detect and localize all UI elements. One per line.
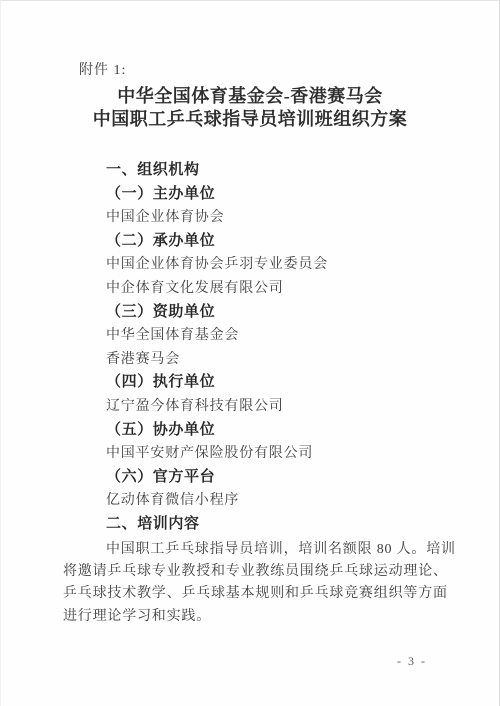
paragraph-line: 乒乓球技术教学、乒乓球基本规则和乒乓球竞赛组织等方面 [63, 583, 437, 605]
org-name-line: 中企体育文化发展有限公司 [106, 277, 437, 301]
subsection-heading-host: （一）主办单位 [106, 183, 437, 207]
subsection-heading-organizer: （二）承办单位 [106, 230, 437, 254]
section-heading-1: 一、组织机构 [106, 159, 437, 183]
subsection-heading-sponsor: （三）资助单位 [106, 301, 437, 325]
document-page: 附件 1: 中华全国体育基金会-香港赛马会 中国职工乒乓球指导员培训班组织方案 … [0, 0, 500, 706]
document-content: 附件 1: 中华全国体育基金会-香港赛马会 中国职工乒乓球指导员培训班组织方案 … [1, 1, 499, 706]
subsection-heading-executor: （四）执行单位 [106, 371, 437, 395]
paragraph-line: 中国职工乒乓球指导员培训，培训名额限 80 人。培训 [63, 539, 437, 561]
org-name-line: 辽宁盈今体育科技有限公司 [106, 395, 437, 419]
document-title-line-2: 中国职工乒乓球指导员培训班组织方案 [63, 108, 437, 131]
paragraph-line: 进行理论学习和实践。 [63, 606, 437, 628]
subsection-heading-co-organizer: （五）协办单位 [106, 419, 437, 443]
page-number: - 3 - [397, 654, 427, 669]
subsection-heading-platform: （六）官方平台 [106, 466, 437, 490]
paragraph-line: 将邀请乒乓球专业教授和专业教练员围绕乒乓球运动理论、 [63, 561, 437, 583]
org-name-line: 中国企业体育协会乒羽专业委员会 [106, 253, 437, 277]
org-name-line: 中国企业体育协会 [106, 206, 437, 230]
section-heading-2: 二、培训内容 [106, 513, 437, 537]
attachment-label: 附件 1: [79, 61, 437, 81]
document-title-line-1: 中华全国体育基金会-香港赛马会 [63, 85, 437, 108]
training-content-paragraph: 中国职工乒乓球指导员培训，培训名额限 80 人。培训 将邀请乒乓球专业教授和专业… [63, 539, 437, 629]
org-name-line: 亿动体育微信小程序 [106, 489, 437, 513]
org-name-line: 中华全国体育基金会 [106, 324, 437, 348]
org-name-line: 中国平安财产保险股份有限公司 [106, 442, 437, 466]
document-title: 中华全国体育基金会-香港赛马会 中国职工乒乓球指导员培训班组织方案 [63, 85, 437, 131]
org-name-line: 香港赛马会 [106, 348, 437, 372]
